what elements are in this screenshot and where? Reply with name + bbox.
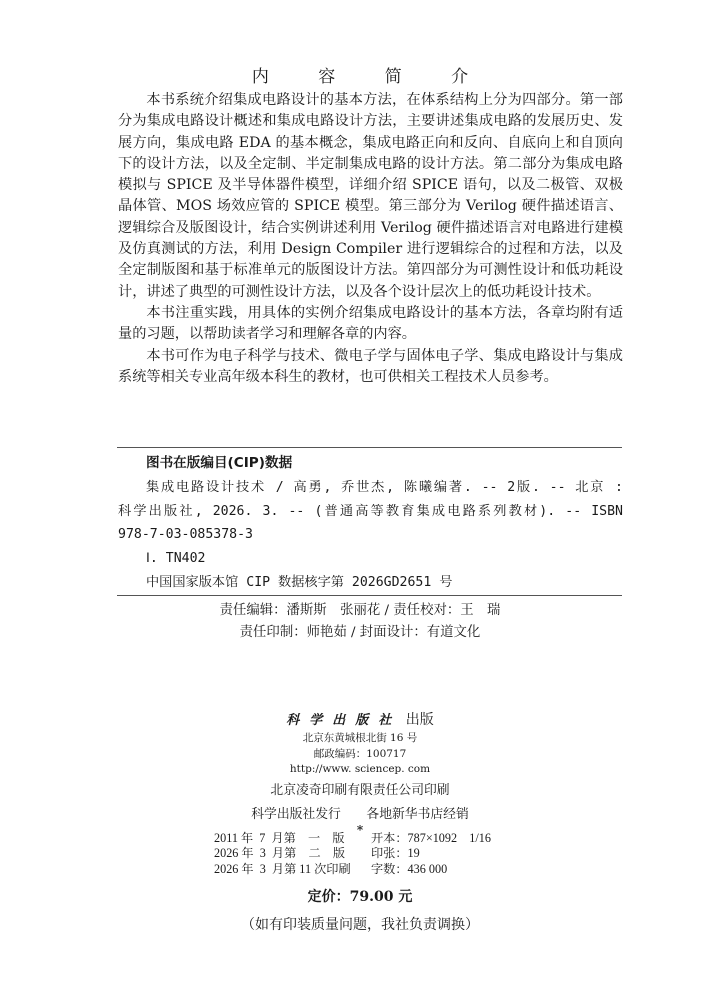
- cip-heading: 图书在版编目(CIP)数据: [118, 452, 623, 476]
- edition-row: 2011 年 7 月第 一 版 开本：787×1092 1/16: [214, 831, 491, 846]
- cip-block: 图书在版编目(CIP)数据 集成电路设计技术 / 高勇, 乔世杰, 陈曦编著. …: [118, 452, 623, 595]
- cip-classification: Ⅰ. TN402: [118, 547, 623, 571]
- credit-line: 责任编辑：潘斯斯 张丽花 / 责任校对：王 瑞: [0, 600, 720, 622]
- edition-info: 2026 年 3 月第 二 版: [214, 846, 371, 861]
- publisher-address: 北京东黄城根北街 16 号: [0, 731, 720, 747]
- edition-row: 2026 年 3 月第 二 版 印张：19: [214, 846, 491, 861]
- price: 定价：79.00 元: [0, 887, 720, 907]
- cip-record-line: 集成电路设计技术 / 高勇, 乔世杰, 陈曦编著. -- 2版. -- 北京 :: [118, 476, 623, 500]
- edition-info: 2026 年 3 月第 11 次印刷: [214, 862, 371, 877]
- publisher-block: 科学出版社 出版 北京东黄城根北街 16 号 邮政编码：100717 http:…: [0, 710, 720, 836]
- editorial-credits: 责任编辑：潘斯斯 张丽花 / 责任校对：王 瑞 责任印制：师艳茹 / 封面设计：…: [0, 600, 720, 644]
- publisher-postcode: 邮政编码：100717: [0, 747, 720, 763]
- publisher-url: http://www. sciencep. com: [0, 762, 720, 778]
- edition-info: 2011 年 7 月第 一 版: [214, 831, 371, 846]
- cip-number: 中国国家版本馆 CIP 数据核字第 2026GD2651 号: [118, 571, 623, 595]
- credit-line: 责任印制：师艳茹 / 封面设计：有道文化: [0, 622, 720, 644]
- edition-table: 2011 年 7 月第 一 版 开本：787×1092 1/16 2026 年 …: [214, 831, 491, 877]
- format-info: 字数：436 000: [371, 862, 447, 877]
- cip-record-line: 科学出版社, 2026. 3. -- (普通高等教育集成电路系列教材). -- …: [118, 500, 623, 524]
- cip-top-rule: [117, 447, 622, 448]
- publisher-logo: 科学出版社: [286, 713, 401, 728]
- copyright-page: 内 容 简 介 本书系统介绍集成电路设计的基本方法，在体系结构上分为四部分。第一…: [0, 0, 720, 1000]
- summary-paragraph: 本书可作为电子科学与技术、微电子学与固体电子学、集成电路设计与集成系统等相关专业…: [118, 346, 623, 389]
- publisher-name: 科学出版社 出版: [0, 710, 720, 731]
- summary-paragraph: 本书注重实践，用具体的实例介绍集成电路设计的基本方法，各章均附有适量的习题，以帮…: [118, 303, 623, 346]
- quality-notice: （如有印装质量问题，我社负责调换）: [0, 915, 720, 935]
- cip-isbn: 978-7-03-085378-3: [118, 523, 623, 547]
- summary-body: 本书系统介绍集成电路设计的基本方法，在体系结构上分为四部分。第一部分为集成电路设…: [118, 90, 623, 388]
- cip-bottom-rule: [117, 595, 622, 596]
- printer-line: 北京凌奇印刷有限责任公司印刷: [0, 781, 720, 801]
- format-info: 开本：787×1092 1/16: [371, 831, 491, 846]
- format-info: 印张：19: [371, 846, 420, 861]
- publisher-suffix: 出版: [406, 712, 434, 728]
- summary-paragraph: 本书系统介绍集成电路设计的基本方法，在体系结构上分为四部分。第一部分为集成电路设…: [118, 90, 623, 303]
- edition-row: 2026 年 3 月第 11 次印刷 字数：436 000: [214, 862, 491, 877]
- summary-title: 内 容 简 介: [0, 62, 720, 87]
- distribution-line: 科学出版社发行 各地新华书店经销: [0, 805, 720, 825]
